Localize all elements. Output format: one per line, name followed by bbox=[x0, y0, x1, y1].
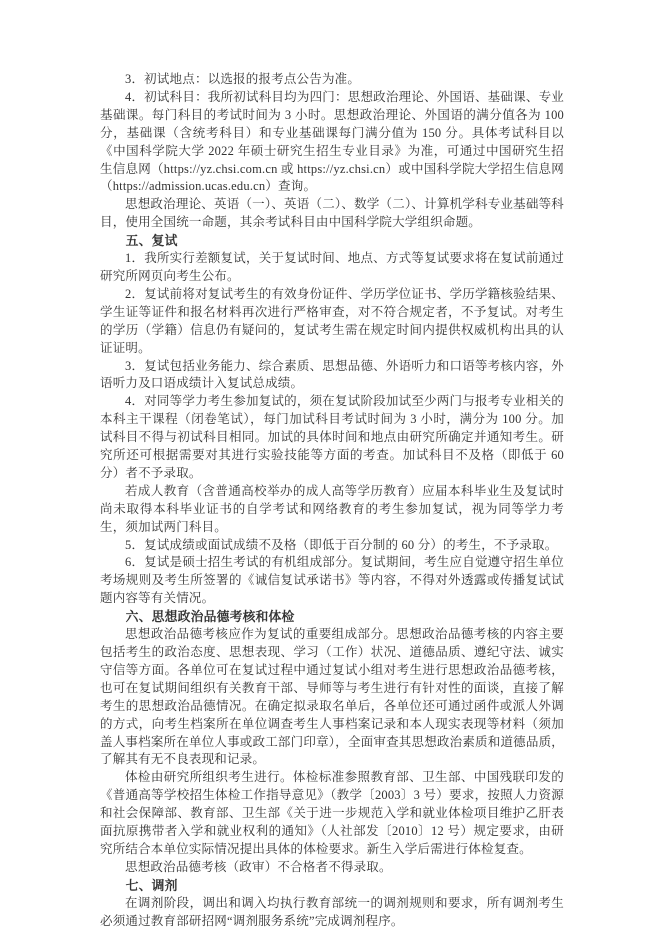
paragraph-reexam-item-5: 5．复试成绩或面试成绩不及格（即低于百分制的 60 分）的考生，不予录取。 bbox=[100, 537, 564, 555]
paragraph-reexam-item-1: 1．我所实行差额复试，关于复试时间、地点、方式等复试要求将在复试前通过研究所网页… bbox=[100, 250, 564, 286]
paragraph-reexam-item-6: 6．复试是硕士招生考试的有机组成部分。复试期间，考生应自觉遵守招生单位考场规则及… bbox=[100, 554, 564, 608]
section-heading-5-reexam: 五、复试 bbox=[100, 232, 564, 250]
paragraph-unified-subjects: 思想政治理论、英语（一）、英语（二）、数学（二）、计算机学科专业基础等科目，使用… bbox=[100, 196, 564, 232]
document-page: 3．初试地点：以选报的报考点公告为准。 4．初试科目：我所初试科目均为四门：思想… bbox=[0, 0, 662, 936]
paragraph-political-review-fail: 思想政治品德考核（政审）不合格者不得录取。 bbox=[100, 859, 564, 877]
paragraph-adjustment-procedure: 在调剂阶段，调出和调入均执行教育部统一的调剂规则和要求，所有调剂考生必须通过教育… bbox=[100, 895, 564, 931]
document-text-block: 3．初试地点：以选报的报考点公告为准。 4．初试科目：我所初试科目均为四门：思想… bbox=[100, 71, 564, 931]
paragraph-first-exam-subjects: 4．初试科目：我所初试科目均为四门：思想政治理论、外国语、基础课、专业基础课。每… bbox=[100, 89, 564, 196]
paragraph-reexam-item-3: 3．复试包括业务能力、综合素质、思想品德、外语听力和口语等考核内容，外语听力及口… bbox=[100, 358, 564, 394]
section-heading-6-ideological-and-physical-check: 六、思想政治品德考核和体检 bbox=[100, 608, 564, 626]
paragraph-ideological-assessment: 思想政治品德考核应作为复试的重要组成部分。思想政治品德考核的内容主要包括考生的政… bbox=[100, 626, 564, 769]
paragraph-first-exam-location: 3．初试地点：以选报的报考点公告为准。 bbox=[100, 71, 564, 89]
section-heading-7-adjustment: 七、调剂 bbox=[100, 877, 564, 895]
paragraph-reexam-item-4: 4．对同等学力考生参加复试的，须在复试阶段加试至少两门与报考专业相关的本科主干课… bbox=[100, 393, 564, 483]
paragraph-adult-education-note: 若成人教育（含普通高校举办的成人高等学历教育）应届本科毕业生及复试时尚未取得本科… bbox=[100, 483, 564, 537]
paragraph-physical-examination: 体检由研究所组织考生进行。体检标准参照教育部、卫生部、中国残联印发的《普通高等学… bbox=[100, 769, 564, 859]
paragraph-reexam-item-2: 2．复试前将对复试考生的有效身份证件、学历学位证书、学历学籍核验结果、学生证等证… bbox=[100, 286, 564, 358]
